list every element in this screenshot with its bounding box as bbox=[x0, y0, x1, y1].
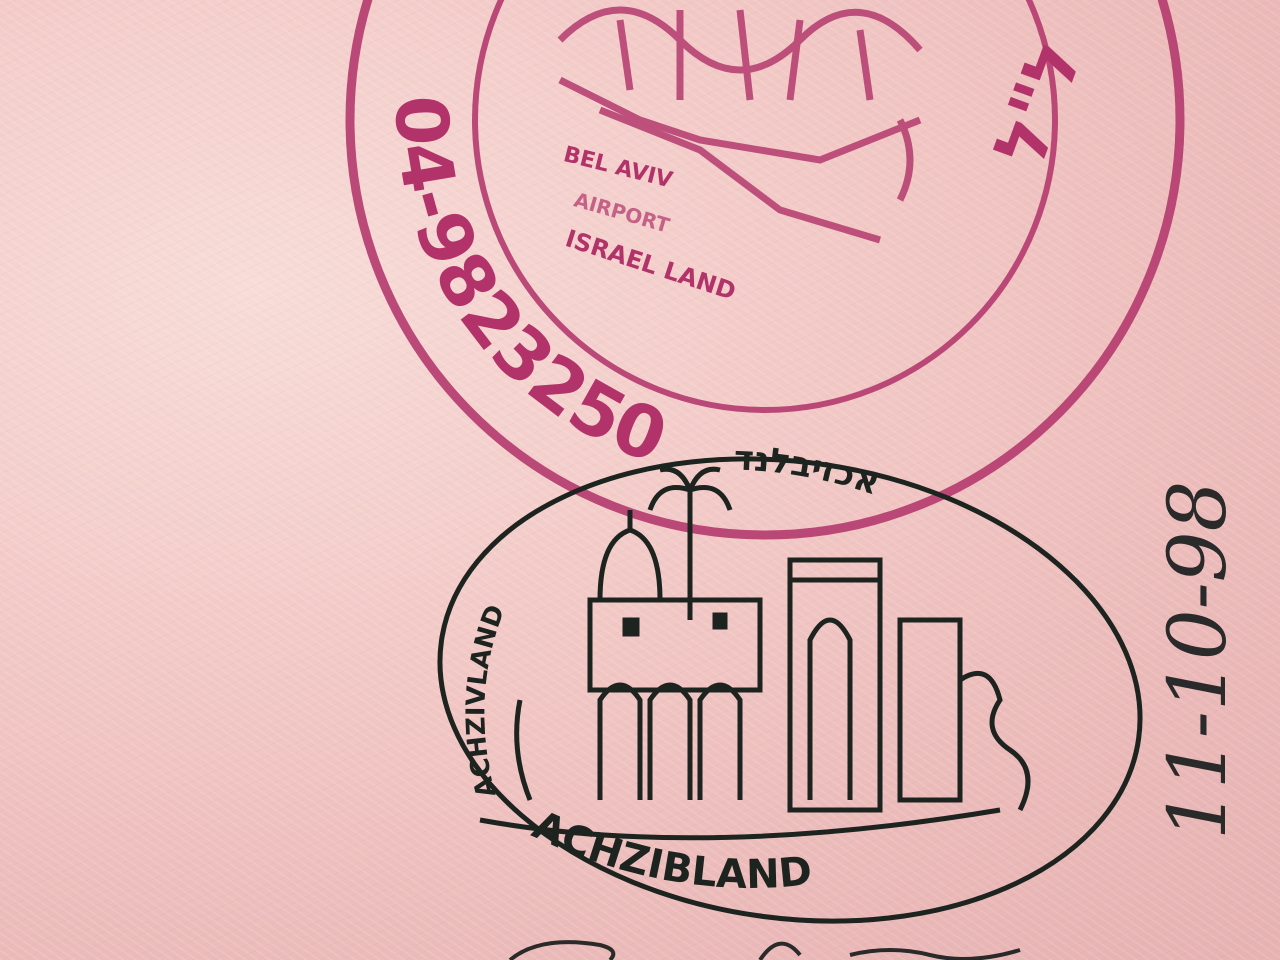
red-stamp-inner-line3: ISRAEL LAND bbox=[562, 224, 739, 305]
black-stamp-bottom-text: ACHZIBLAND bbox=[526, 802, 814, 898]
red-stamp-inner-line1: BEL AVIV bbox=[561, 142, 675, 193]
red-stamp-side-text: ל"ל bbox=[977, 30, 1099, 176]
buildings-illustration bbox=[480, 469, 1028, 838]
handwritten-date: 11-10-98 bbox=[1151, 481, 1244, 840]
black-stamp-left-text: ACHZIVLAND bbox=[461, 601, 511, 800]
black-oval-stamp: ACHZIBLAND ACHZIVLAND אכזיבלנד bbox=[410, 415, 1171, 960]
stamps-canvas: BEL AVIV AIRPORT ISRAEL LAND 04-9823250 … bbox=[0, 0, 1280, 960]
signature-scribble bbox=[510, 942, 1020, 960]
black-stamp-top-text: אכזיבלנד bbox=[733, 438, 884, 503]
